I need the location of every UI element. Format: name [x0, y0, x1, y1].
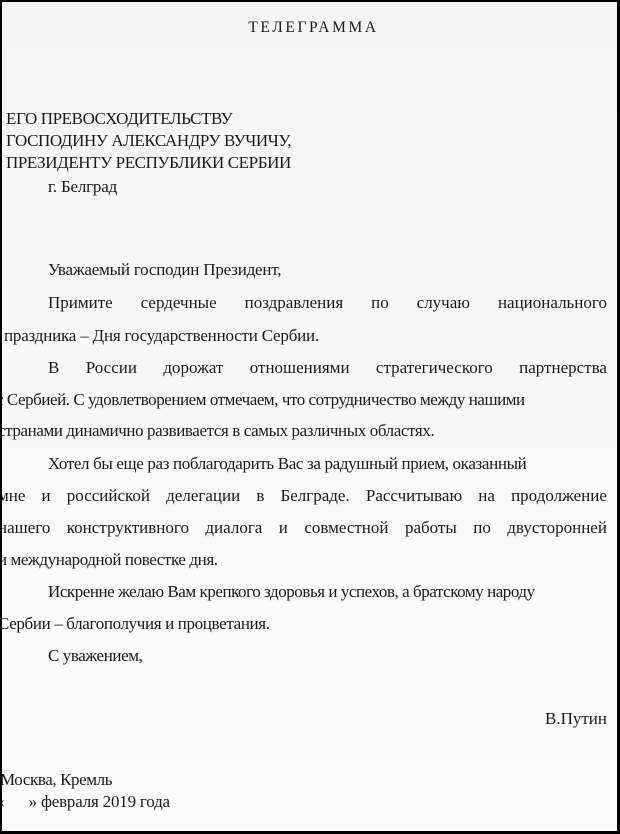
document-title: ТЕЛЕГРАММА — [2, 19, 620, 37]
addressee-line-1: ЕГО ПРЕВОСХОДИТЕЛЬСТВУ — [6, 108, 291, 130]
addressee-line-3: ПРЕЗИДЕНТУ РЕСПУБЛИКИ СЕРБИИ — [6, 152, 291, 174]
word: случаю — [417, 293, 470, 313]
word: отношениями — [250, 358, 350, 378]
word: сердечные — [141, 293, 217, 313]
addressee-block: ЕГО ПРЕВОСХОДИТЕЛЬСТВУ ГОСПОДИНУ АЛЕКСАН… — [6, 108, 291, 174]
word: нашего — [0, 518, 50, 538]
word: поздравления — [245, 293, 344, 313]
word: национального — [498, 293, 607, 313]
word: В — [48, 358, 59, 378]
paragraph-1-line-2: праздника – Дня государственности Сербии… — [4, 326, 319, 346]
word: и — [42, 486, 51, 506]
paragraph-4-line-1: Искренне желаю Вам крепкого здоровья и у… — [48, 582, 535, 602]
word: на — [478, 486, 495, 506]
word: по — [473, 518, 491, 538]
word: двусторонней — [507, 518, 607, 538]
word: по — [371, 293, 389, 313]
paragraph-3-line-4: и международной повестке дня. — [0, 550, 218, 570]
date: « » февраля 2019 года — [0, 792, 170, 812]
paragraph-3-line-3: нашего конструктивного диалога и совмест… — [0, 518, 607, 538]
word: Рассчитываю — [366, 486, 462, 506]
word: делегации — [166, 486, 240, 506]
word: Белграде. — [280, 486, 349, 506]
word: диалога — [205, 518, 262, 538]
closing: С уважением, — [48, 646, 142, 666]
telegram-page: ТЕЛЕГРАММА ЕГО ПРЕВОСХОДИТЕЛЬСТВУ ГОСПОД… — [0, 0, 620, 834]
word: дорожат — [163, 358, 223, 378]
paragraph-3-line-2: мне и российской делегации в Белграде. Р… — [0, 486, 607, 506]
word: Примите — [48, 293, 113, 313]
word: партнерства — [519, 358, 607, 378]
paragraph-2-line-2: с Сербией. С удовлетворением отмечаем, ч… — [0, 390, 525, 410]
word: России — [86, 358, 137, 378]
addressee-line-2: ГОСПОДИНУ АЛЕКСАНДРУ ВУЧИЧУ, — [6, 130, 291, 152]
word: продолжение — [511, 486, 607, 506]
word: совместной — [304, 518, 388, 538]
word: российской — [67, 486, 150, 506]
signature: В.Путин — [545, 709, 607, 729]
paragraph-4-line-2: Сербии – благополучия и процветания. — [0, 614, 270, 634]
word: мне — [0, 486, 25, 506]
word: стратегического — [376, 358, 493, 378]
salutation: Уважаемый господин Президент, — [48, 260, 281, 280]
word: в — [256, 486, 264, 506]
paragraph-2-line-3: странами динамично развивается в самых р… — [0, 421, 434, 441]
word: и — [279, 518, 288, 538]
word: конструктивного — [67, 518, 189, 538]
word: работы — [405, 518, 457, 538]
place: Москва, Кремль — [0, 770, 112, 790]
paragraph-3-line-1: Хотел бы еще раз поблагодарить Вас за ра… — [48, 454, 526, 474]
paragraph-1-line-1: Примите сердечные поздравления по случаю… — [48, 293, 607, 313]
addressee-city: г. Белград — [48, 177, 117, 197]
paragraph-2-line-1: В России дорожат отношениями стратегичес… — [48, 358, 607, 378]
